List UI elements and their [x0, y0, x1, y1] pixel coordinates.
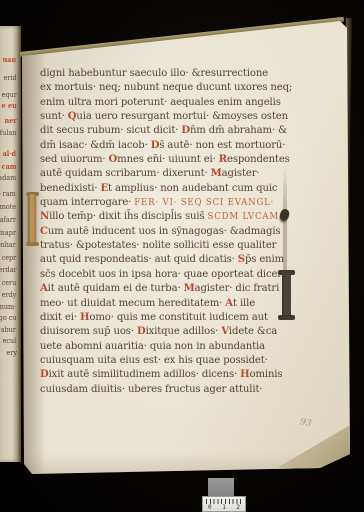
line-segment: it autē quidam ei de turba· [48, 282, 184, 294]
text-line: sc̄s docebit uos in ipsa hora· quae opor… [40, 267, 277, 281]
line-segment: um autē inducent uos in sȳnagogas· &adma… [48, 225, 281, 237]
line-segment: uete abomni auaritia· quia non in abunda… [40, 340, 265, 352]
facing-page-text-fragment: ecul [3, 338, 17, 345]
text-line: meo· ut diuidat mecum hereditatem· At il… [40, 296, 277, 310]
line-segment: omo· quis me constituit iudicem aut [89, 311, 267, 323]
line-segment: ixit autē similitudinem adillos· dicens· [49, 368, 241, 380]
text-line: dit secus rubum· sicut dicit· Dn̄m dm̄ a… [40, 123, 277, 137]
line-segment: sunt· [40, 110, 68, 122]
line-segment: Q [68, 110, 77, 122]
line-segment: D [181, 124, 190, 136]
line-segment: benedixisti· [40, 182, 100, 194]
line-segment: aut quid respondeatis· aut quid dicatis· [40, 253, 238, 265]
facing-page-text-fragment: cepr [2, 255, 17, 262]
facing-page-text-fragment: erdar [0, 267, 16, 274]
ruler-label: 1 [222, 504, 226, 511]
text-line: ex mortuis· neq; nubunt neque ducunt uxo… [40, 80, 277, 94]
line-segment: A [225, 297, 233, 309]
line-segment: mnes en̄i· uiuunt ei· [117, 153, 219, 165]
decorated-initial-I [26, 192, 39, 246]
line-segment: uia uero resurgant mortui· &moyses osten [76, 110, 287, 122]
text-line: dixit ei· Homo· quis me constituit iudic… [40, 310, 277, 324]
line-segment: M [211, 167, 222, 179]
text-line: diuisorem sup̄ uos· Dixitque adillos· Vi… [40, 324, 277, 338]
facing-page-text-fragment: mapr [0, 230, 16, 237]
ruler-label: 2 [236, 504, 240, 511]
text-line: dm̄ isaac· &dm̄ iacob· Ds̄ autē· non est… [40, 138, 277, 152]
text-line: aut quid respondeatis· aut quid dicatis·… [40, 252, 277, 266]
text-line: benedixisti· Et amplius· non audebant cu… [40, 181, 277, 195]
text-line: autē quidam scribarum· dixerunt· Magiste… [40, 166, 277, 180]
line-segment: quam interrogare· [40, 196, 134, 208]
facing-page-text-fragment: ner [4, 117, 16, 124]
rubric-text: FER· VI· SEQ SCI EVANGL· [134, 198, 274, 208]
line-segment: s̄ autē· non est mortuorū· [159, 139, 285, 151]
line-segment: dit secus rubum· sicut dicit· [40, 124, 181, 136]
line-segment: R [219, 153, 227, 165]
facing-page-text-fragment: ery [6, 350, 17, 357]
initial-stem [28, 194, 36, 244]
line-segment: dm̄ isaac· &dm̄ iacob· [40, 139, 151, 151]
line-segment: meo· ut diuidat mecum hereditatem· [40, 297, 225, 309]
initial-stem [282, 273, 291, 317]
manuscript-page: digni habebuntur saeculo illo· &resurrec… [20, 16, 350, 478]
line-segment: D [40, 368, 49, 380]
margin-initial-I [278, 270, 295, 320]
ruler-label: 0 [208, 504, 212, 511]
line-segment: agister· [222, 167, 260, 179]
line-segment: N [40, 210, 49, 222]
line-segment: sed uiuorum· [40, 153, 109, 165]
line-segment: n̄m dm̄ abraham· & [190, 124, 287, 136]
line-segment: espondentes [227, 153, 290, 165]
line-segment: sc̄s docebit uos in ipsa hora· quae opor… [40, 268, 291, 280]
text-line: uete abomni auaritia· quia non in abunda… [40, 339, 277, 353]
facing-page-text-fragment: abur [1, 327, 16, 334]
line-segment: idete &ca [229, 325, 277, 337]
line-segment: autē quidam scribarum· dixerunt· [40, 167, 211, 179]
line-segment: ixitque adillos· [146, 325, 222, 337]
text-line: Cum autē inducent uos in sȳnagogas· &adm… [40, 224, 277, 238]
text-line: quam interrogare· FER· VI· SEQ SCI EVANG… [40, 195, 277, 209]
text-line: Nillo tem̄p· dixit ih̄s discipl̄is suis̄… [40, 209, 277, 223]
facing-page-text-fragment: ceru [2, 280, 17, 287]
facing-page-text-fragment: enhar [0, 242, 16, 249]
text-line: cuiusquam uita eius est· ex his quae pos… [40, 353, 277, 367]
manuscript-photo: uaneridequre eunerofulanal·dcamfadame ra… [0, 0, 364, 512]
line-segment: D [151, 139, 160, 151]
text-line: Dixit autē similitudinem adillos· dicens… [40, 367, 277, 381]
facing-page-text-fragment: cam [1, 163, 16, 170]
line-segment: tratus· &potestates· nolite solliciti es… [40, 239, 276, 251]
line-segment: C [40, 225, 48, 237]
facing-page-text-fragment: al·d [3, 150, 16, 157]
line-segment: cuiusquam uita eius est· ex his quae pos… [40, 354, 268, 366]
text-line: cuiusdam diuitis· uberes fructus ager at… [40, 382, 277, 396]
text-line: tratus· &potestates· nolite solliciti es… [40, 238, 277, 252]
line-segment: V [221, 325, 229, 337]
facing-page-text-fragment: e eu [1, 102, 16, 109]
facing-page-edge: uaneridequre eunerofulanal·dcamfadame ra… [0, 26, 21, 462]
corner-fold [276, 421, 350, 473]
facing-page-text-fragment: uan [3, 56, 17, 63]
folio-number: 93 [299, 417, 312, 429]
facing-page-text-fragment: ofulan [0, 130, 16, 137]
line-segment: ominis [250, 368, 283, 380]
rubric-text: SCDM LVCAM· [208, 212, 283, 222]
line-segment: A [40, 282, 48, 294]
line-segment: cuiusdam diuitis· uberes fructus ager at… [40, 383, 262, 395]
line-segment: t ille [233, 297, 255, 309]
line-segment: agister· dic fratri [195, 282, 280, 294]
line-segment: digni habebuntur saeculo illo· &resurrec… [40, 67, 268, 79]
text-line: enim ultra mori poterunt· aequales enim … [40, 95, 277, 109]
line-segment: O [109, 153, 118, 165]
color-scale-ruler: 0 1 2 [202, 496, 246, 512]
facing-page-text-fragment: afarr [0, 217, 16, 224]
facing-page-text-fragment: equr [1, 92, 16, 99]
calibration-tab [208, 478, 234, 498]
facing-page-text-fragment: mote [0, 204, 16, 211]
line-segment: t amplius· non audebant cum quic [108, 182, 277, 194]
line-segment: enim ultra mori poterunt· aequales enim … [40, 96, 281, 108]
facing-page-text-fragment: fadam [0, 175, 16, 182]
line-segment: M [184, 282, 195, 294]
line-segment: illo tem̄p· dixit ih̄s discipl̄is suis̄ [49, 210, 207, 222]
line-segment: diuisorem sup̄ uos· [40, 325, 137, 337]
line-segment: p̄s enim [245, 253, 284, 265]
text-line: sed uiuorum· Omnes en̄i· uiuunt ei· Resp… [40, 152, 277, 166]
facing-page-text-fragment: erid [3, 75, 16, 82]
initial-serif-bottom [26, 242, 39, 246]
initial-serif-bottom [278, 315, 295, 320]
text-block: digni habebuntur saeculo illo· &resurrec… [40, 66, 282, 396]
facing-page-text-fragment: go cu [0, 315, 16, 322]
line-segment: H [240, 368, 249, 380]
text-line: digni habebuntur saeculo illo· &resurrec… [40, 66, 277, 80]
ruler-numbers: 0 1 2 [203, 504, 245, 511]
facing-page-text-fragment: num· [0, 304, 16, 311]
facing-page-text-fragment: erdy [2, 292, 17, 299]
line-segment: D [137, 325, 146, 337]
facing-page-text-fragment: e ram [0, 191, 16, 198]
line-segment: ex mortuis· neq; nubunt neque ducunt uxo… [40, 81, 292, 93]
ink-blot [279, 208, 291, 222]
text-line: sunt· Quia uero resurgant mortui· &moyse… [40, 109, 277, 123]
text-line: Ait autē quidam ei de turba· Magister· d… [40, 281, 277, 295]
line-segment: dixit ei· [40, 311, 80, 323]
